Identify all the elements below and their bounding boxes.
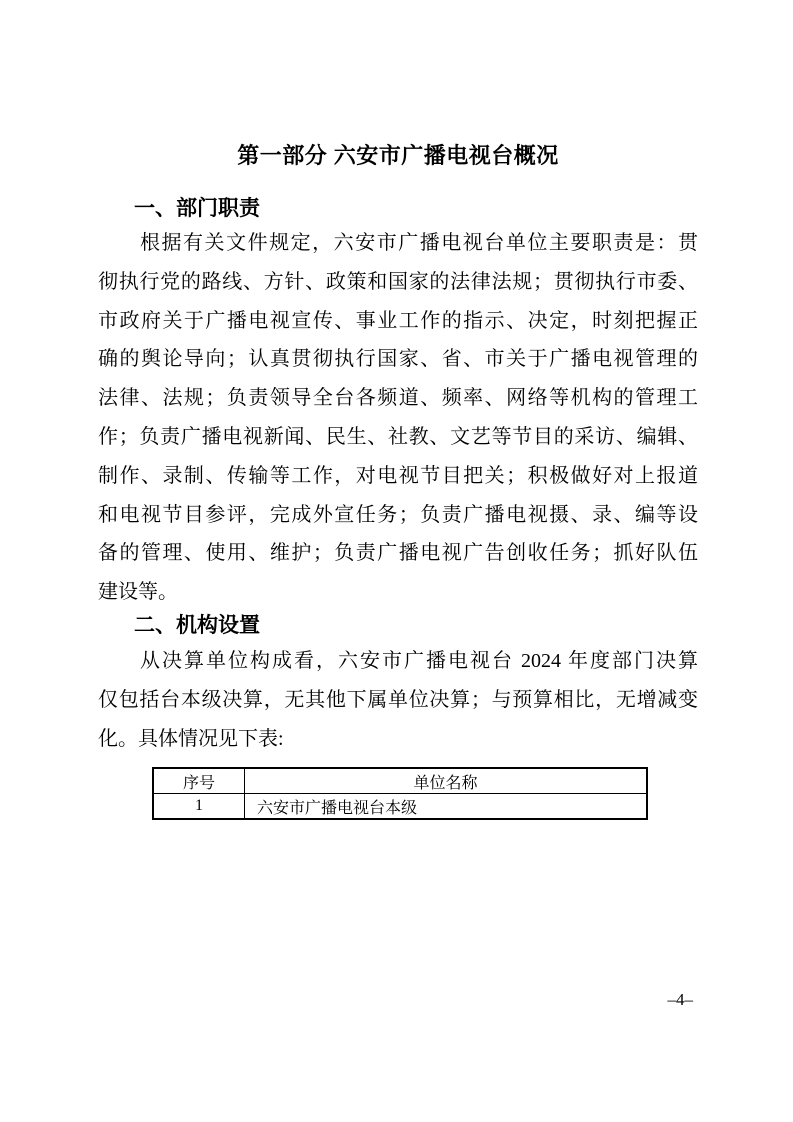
paragraph-line: 作；负责广播电视新闻、民生、社教、文艺等节目的采访、编辑、 (98, 418, 698, 457)
units-table: 序号 单位名称 1 六安市广播电视台本级 (152, 767, 648, 820)
paragraph-line: 化。具体情况见下表: (98, 720, 698, 759)
document-title: 第一部分 六安市广播电视台概况 (98, 142, 698, 170)
paragraph-line: 建设等。 (98, 573, 698, 612)
paragraph-line: 备的管理、使用、维护；负责广播电视广告创收任务；抓好队伍 (98, 534, 698, 573)
paragraph-line: 彻执行党的路线、方针、政策和国家的法律法规；贯彻执行市委、 (98, 263, 698, 302)
paragraph-line: 确的舆论导向；认真贯彻执行国家、省、市关于广播电视管理的 (98, 340, 698, 379)
cell-unit-name: 六安市广播电视台本级 (245, 794, 648, 820)
table-header-row: 序号 单位名称 (153, 768, 647, 794)
paragraph-organization: 从决算单位构成看，六安市广播电视台 2024 年度部门决算仅包括台本级决算，无其… (98, 642, 698, 758)
paragraph-line: 法律、法规；负责领导全台各频道、频率、网络等机构的管理工 (98, 379, 698, 418)
paragraph-line: 仅包括台本级决算，无其他下属单位决算；与预算相比，无增减变 (98, 681, 698, 720)
document-page: 第一部分 六安市广播电视台概况 一、部门职责 根据有关文件规定，六安市广播电视台… (0, 0, 793, 1122)
paragraph-line: 根据有关文件规定，六安市广播电视台单位主要职责是：贯 (98, 224, 698, 263)
document-content: 第一部分 六安市广播电视台概况 一、部门职责 根据有关文件规定，六安市广播电视台… (98, 0, 698, 820)
table-row: 1 六安市广播电视台本级 (153, 794, 647, 820)
column-header-unit-name: 单位名称 (245, 768, 648, 794)
units-table-body: 1 六安市广播电视台本级 (153, 794, 647, 820)
paragraph-duties: 根据有关文件规定，六安市广播电视台单位主要职责是：贯彻执行党的路线、方针、政策和… (98, 224, 698, 612)
column-header-index: 序号 (153, 768, 245, 794)
paragraph-line: 从决算单位构成看，六安市广播电视台 2024 年度部门决算 (98, 642, 698, 681)
paragraph-line: 市政府关于广播电视宣传、事业工作的指示、决定，时刻把握正 (98, 302, 698, 341)
paragraph-line: 和电视节目参评，完成外宣任务；负责广播电视摄、录、编等设 (98, 496, 698, 535)
units-table-head: 序号 单位名称 (153, 768, 647, 794)
page-number: –4– (668, 991, 694, 1009)
cell-index: 1 (153, 794, 245, 820)
section-heading-organization: 二、机构设置 (98, 612, 698, 640)
paragraph-line: 制作、录制、传输等工作，对电视节目把关；积极做好对上报道 (98, 457, 698, 496)
section-heading-duties: 一、部门职责 (98, 195, 698, 223)
